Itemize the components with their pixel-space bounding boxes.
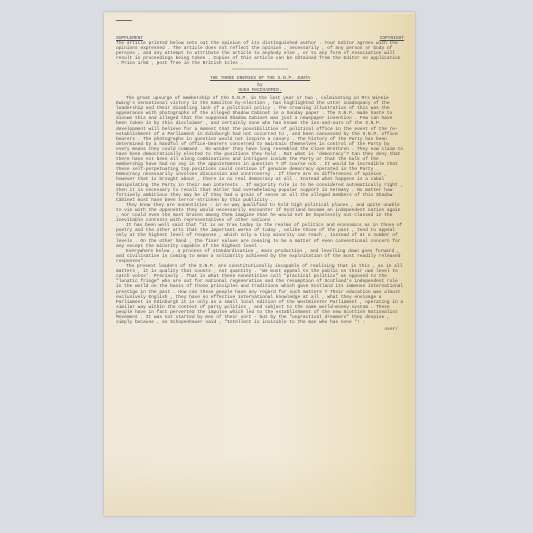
page-text: SUPPLEMENT COPYRIGHT The article printed…	[116, 36, 404, 332]
page-mark	[116, 20, 132, 21]
paragraph: They know they are nonentities - in no w…	[116, 203, 404, 223]
editorial-notice: The article printed below sets out the o…	[116, 41, 404, 66]
continuation-mark: over/	[116, 327, 404, 332]
paragraph: The great upsurge of membership of the S…	[116, 96, 404, 203]
typewritten-page: SUPPLEMENT COPYRIGHT The article printed…	[104, 12, 415, 516]
paragraph: The present leaders of the S.N.P. are co…	[116, 264, 404, 325]
paragraph: Everywhere below , a process of standard…	[116, 249, 404, 264]
separator: =====================	[116, 67, 404, 72]
article-title: THE THREE ENEMIES OF THE S.N.P. JUNTA	[116, 76, 404, 81]
paragraph: It has been well said that "it is as tru…	[116, 223, 404, 248]
author-name: HUGH MACDIARMID.	[116, 88, 404, 93]
